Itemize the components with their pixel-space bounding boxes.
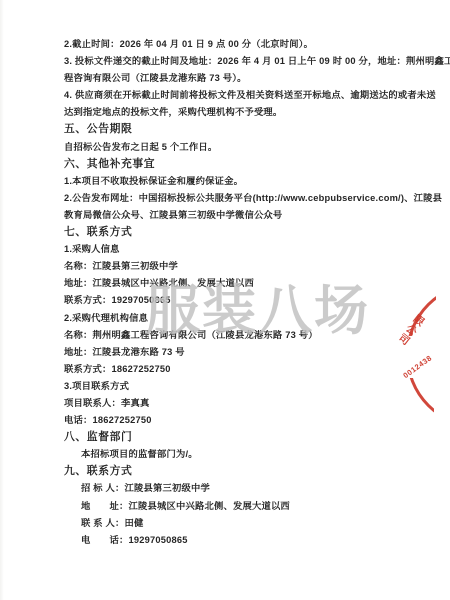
- announcement-text-block: 2.截止时间：2026 年 04 月 01 日 9 点 00 分（北京时间）。3…: [64, 36, 400, 549]
- seal-registration-number: 0012438: [401, 353, 433, 380]
- doc-line: 电 话：19297050865: [64, 532, 400, 549]
- doc-line: 联系方式：19297050865: [64, 292, 400, 309]
- doc-line: 教育局微信公众号、江陵县第三初级中学微信公众号: [64, 207, 400, 224]
- doc-line: 地址：江陵县城区中兴路北侧、发展大道以西: [64, 275, 400, 292]
- section-heading: 六、其他补充事宜: [64, 156, 400, 173]
- doc-line: 程咨询有限公司（江陵县龙港东路 73 号）。: [64, 70, 400, 87]
- doc-line: 联系方式：18627252750: [64, 361, 400, 378]
- doc-line: 联 系 人：田健: [64, 515, 400, 532]
- seal-fade-patch: [434, 404, 450, 432]
- doc-line: 名称：荆州明鑫工程咨询有限公司（江陵县龙港东路 73 号）: [64, 327, 400, 344]
- doc-line: 1.采购人信息: [64, 241, 400, 258]
- doc-line: 自招标公告发布之日起 5 个工作日。: [64, 139, 400, 156]
- section-heading: 七、联系方式: [64, 224, 400, 241]
- doc-line: 3. 投标文件递交的截止时间及地址：2026 年 4 月 01 日上午 09 时…: [64, 53, 400, 70]
- doc-line: 4. 供应商须在开标截止时间前将投标文件及相关资料送至开标地点、逾期送达的或者未…: [64, 87, 400, 104]
- doc-line: 2.截止时间：2026 年 04 月 01 日 9 点 00 分（北京时间）。: [64, 36, 400, 53]
- doc-line: 地址：江陵县龙港东路 73 号: [64, 344, 400, 361]
- seal-fade-patch: [398, 336, 413, 378]
- doc-line: 招 标 人：江陵县第三初级中学: [64, 480, 400, 497]
- seal-ring: [406, 282, 450, 428]
- doc-line: 本招标项目的监督部门为/。: [64, 446, 400, 463]
- scan-edge-shadow: [0, 0, 4, 600]
- doc-line: 名称：江陵县第三初级中学: [64, 258, 400, 275]
- doc-line: 电话：18627252750: [64, 412, 400, 429]
- section-heading: 八、监督部门: [64, 429, 400, 446]
- section-heading: 五、公告期限: [64, 121, 400, 138]
- seal-fade-patch: [436, 280, 450, 308]
- doc-line: 地 址：江陵县城区中兴路北侧、发展大道以西: [64, 498, 400, 515]
- doc-line: 达到指定地点的投标文件，采购代理机构不予受理。: [64, 104, 400, 121]
- doc-line: 1.本项目不收取投标保证金和履约保证金。: [64, 173, 400, 190]
- doc-line: 2.公告发布网址：中国招标投标公共服务平台(http://www.cebpubs…: [64, 190, 400, 207]
- section-heading: 九、联系方式: [64, 463, 400, 480]
- document-page: { "watermark": { "text": "服装八场", "color"…: [0, 0, 450, 600]
- doc-line: 3.项目联系方式: [64, 378, 400, 395]
- doc-line: 2.采购代理机构信息: [64, 310, 400, 327]
- doc-line: 项目联系人：李真真: [64, 395, 400, 412]
